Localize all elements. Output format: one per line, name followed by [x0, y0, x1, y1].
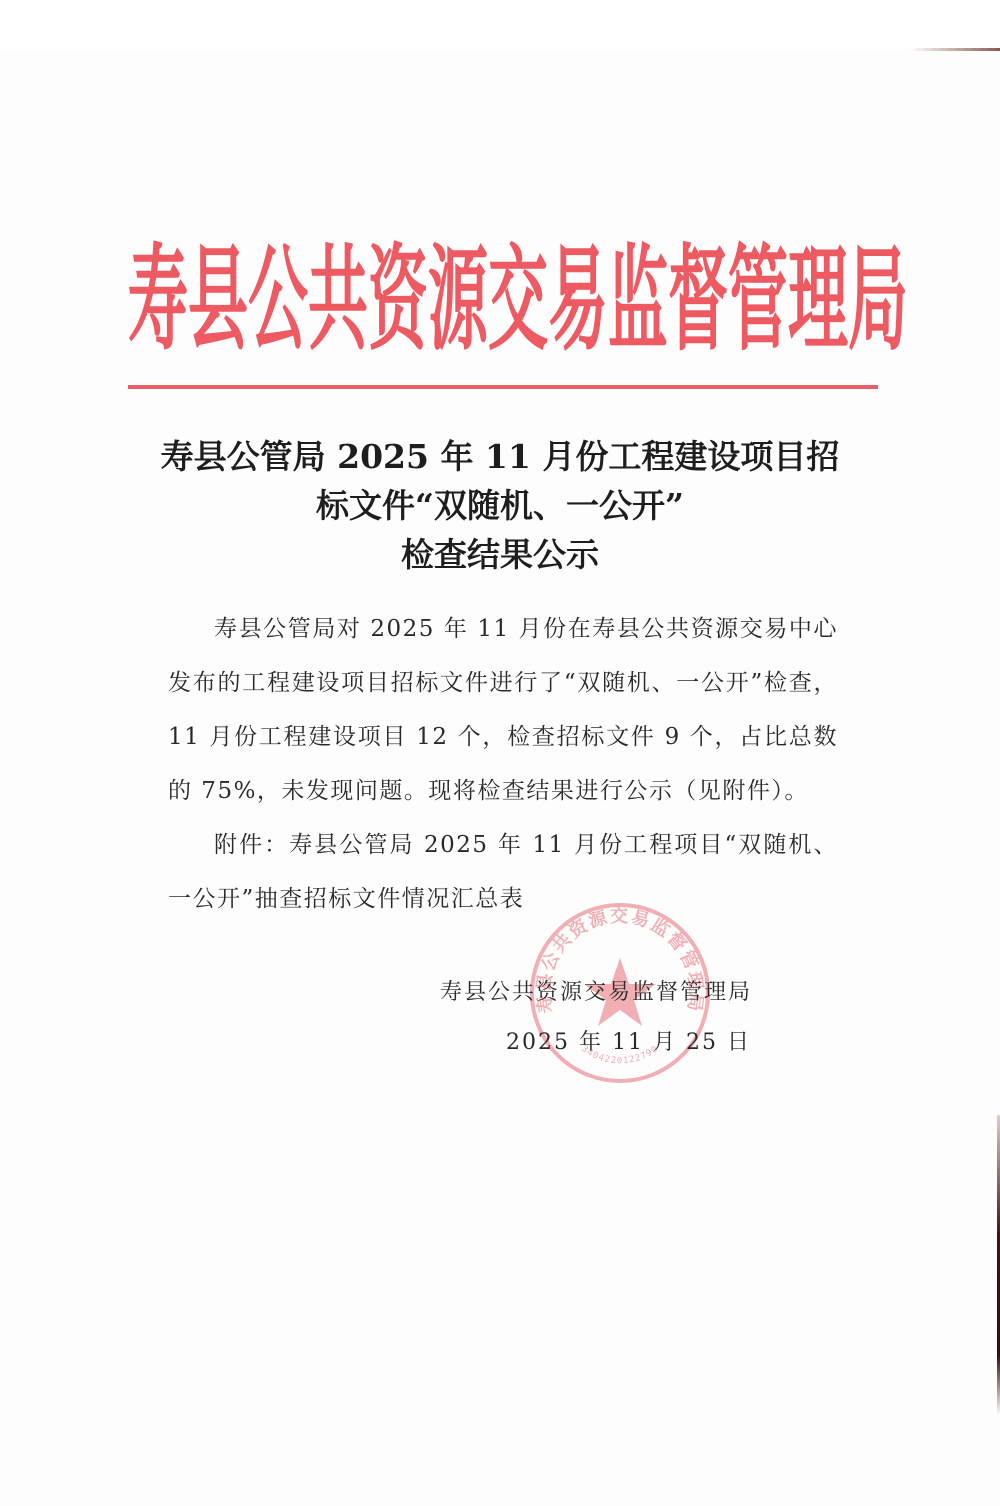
notice-title-line-3: 检查结果公示: [100, 530, 900, 579]
notice-body: 寿县公管局对 2025 年 11 月份在寿县公共资源交易中心发布的工程建设项目招…: [168, 602, 838, 926]
top-margin: [0, 0, 1000, 50]
signature-date: 2025 年 11 月 25 日: [440, 1018, 780, 1068]
notice-title: 寿县公管局 2025 年 11 月份工程建设项目招 标文件“双随机、一公开” 检…: [100, 432, 900, 579]
masthead-title: 寿 县 公 共 资 源 交 易 监 督 管 理 局: [128, 236, 880, 366]
signature-block: 寿县公共资源交易监督管理局 2025 年 11 月 25 日: [440, 968, 780, 1068]
signature-organization: 寿县公共资源交易监督管理局: [440, 968, 780, 1018]
notice-title-line-2: 标文件“双随机、一公开”: [100, 481, 900, 530]
body-paragraph-main: 寿县公管局对 2025 年 11 月份在寿县公共资源交易中心发布的工程建设项目招…: [168, 602, 838, 818]
red-divider-rule: [128, 385, 878, 389]
page-edge-shadow-top: [910, 48, 1000, 51]
body-paragraph-attachment: 附件：寿县公管局 2025 年 11 月份工程项目“双随机、一公开”抽查招标文件…: [168, 818, 838, 926]
notice-title-line-1: 寿县公管局 2025 年 11 月份工程建设项目招: [100, 432, 900, 481]
